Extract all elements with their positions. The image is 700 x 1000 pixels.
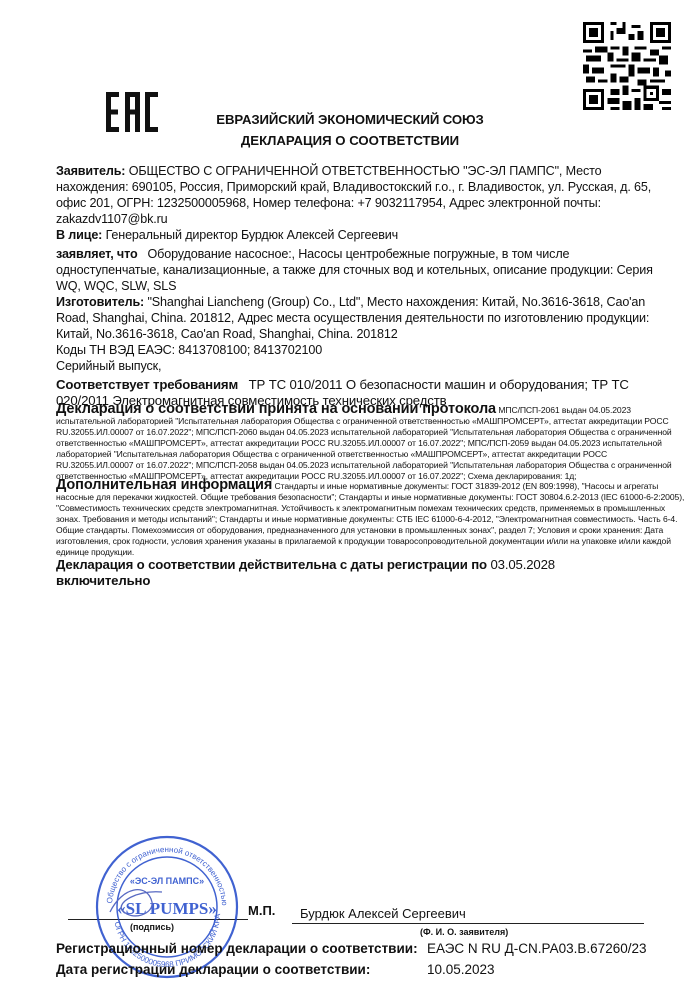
manufacturer-text: "Shanghai Liancheng (Group) Co., Ltd", М…	[56, 295, 649, 341]
registration-date: 10.05.2023	[427, 962, 495, 977]
validity-suffix: включительно	[56, 573, 150, 588]
validity-date: 03.05.2028	[490, 557, 555, 572]
represented-by-text: Генеральный директор Бурдюк Алексей Серг…	[106, 228, 398, 242]
release-type: Серийный выпуск,	[56, 358, 661, 374]
document-title: ДЕКЛАРАЦИЯ О СООТВЕТСТВИИ	[0, 133, 700, 148]
validity-section: Декларация о соответствии действительна …	[56, 557, 661, 589]
svg-text:«ЭС-ЭЛ ПАМПС»: «ЭС-ЭЛ ПАМПС»	[130, 876, 204, 886]
company-stamp-icon: Общество с ограниченной ответственностью…	[92, 832, 242, 982]
basis-section: Декларация о соответствии принята на осн…	[56, 404, 686, 482]
seal-place-label: М.П.	[248, 903, 275, 918]
name-line	[292, 923, 644, 924]
basis-text: МПС/ПСП-2061 выдан 04.05.2023 испытатель…	[56, 405, 672, 481]
declares-section: заявляет, что Оборудование насосное:, На…	[56, 246, 661, 294]
additional-info-text: Стандарты и иные нормативные документы: …	[56, 481, 684, 557]
registration-number-label: Регистрационный номер декларации о соотв…	[56, 941, 418, 956]
represented-by-label: В лице:	[56, 228, 102, 242]
applicant-label: Заявитель:	[56, 164, 125, 178]
declares-text: Оборудование насосное:, Насосы центробеж…	[56, 247, 653, 293]
union-title: ЕВРАЗИЙСКИЙ ЭКОНОМИЧЕСКИЙ СОЮЗ	[0, 112, 700, 127]
signatory-name: Бурдюк Алексей Сергеевич	[300, 906, 466, 921]
registration-date-label: Дата регистрации декларации о соответств…	[56, 962, 370, 977]
represented-by-section: В лице: Генеральный директор Бурдюк Алек…	[56, 227, 661, 243]
applicant-section: Заявитель: ОБЩЕСТВО С ОГРАНИЧЕННОЙ ОТВЕТ…	[56, 163, 661, 227]
qr-code-icon[interactable]	[583, 22, 671, 110]
applicant-text: ОБЩЕСТВО С ОГРАНИЧЕННОЙ ОТВЕТСТВЕННОСТЬЮ…	[56, 164, 651, 226]
conforms-label: Соответствует требованиям	[56, 377, 238, 392]
customs-codes: Коды ТН ВЭД ЕАЭС: 8413708100; 8413702100	[56, 342, 661, 358]
validity-label: Декларация о соответствии действительна …	[56, 557, 487, 572]
manufacturer-label: Изготовитель:	[56, 295, 144, 309]
name-caption: (Ф. И. О. заявителя)	[420, 927, 508, 937]
registration-number: ЕАЭС N RU Д-CN.РА03.В.67260/23	[427, 941, 647, 956]
additional-info-label: Дополнительная информация	[56, 477, 272, 493]
manufacturer-section: Изготовитель: "Shanghai Liancheng (Group…	[56, 294, 661, 342]
basis-label: Декларация о соответствии принята на осн…	[56, 401, 496, 417]
declares-label: заявляет, что	[56, 247, 137, 261]
additional-info-section: Дополнительная информация Стандарты и ин…	[56, 480, 686, 558]
